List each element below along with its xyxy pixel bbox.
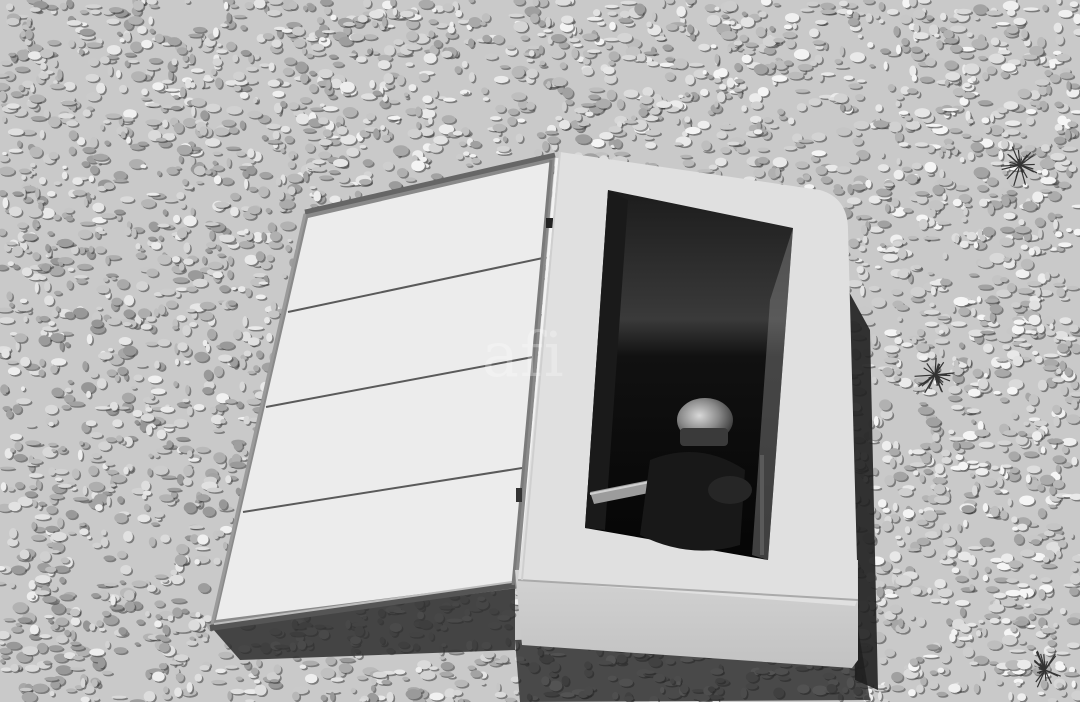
hinge-icon [516, 488, 522, 502]
photo-canvas [0, 0, 1080, 702]
photograph: afi Black-and-white photograph of an ope… [0, 0, 1080, 702]
hinge-icon [546, 218, 553, 228]
